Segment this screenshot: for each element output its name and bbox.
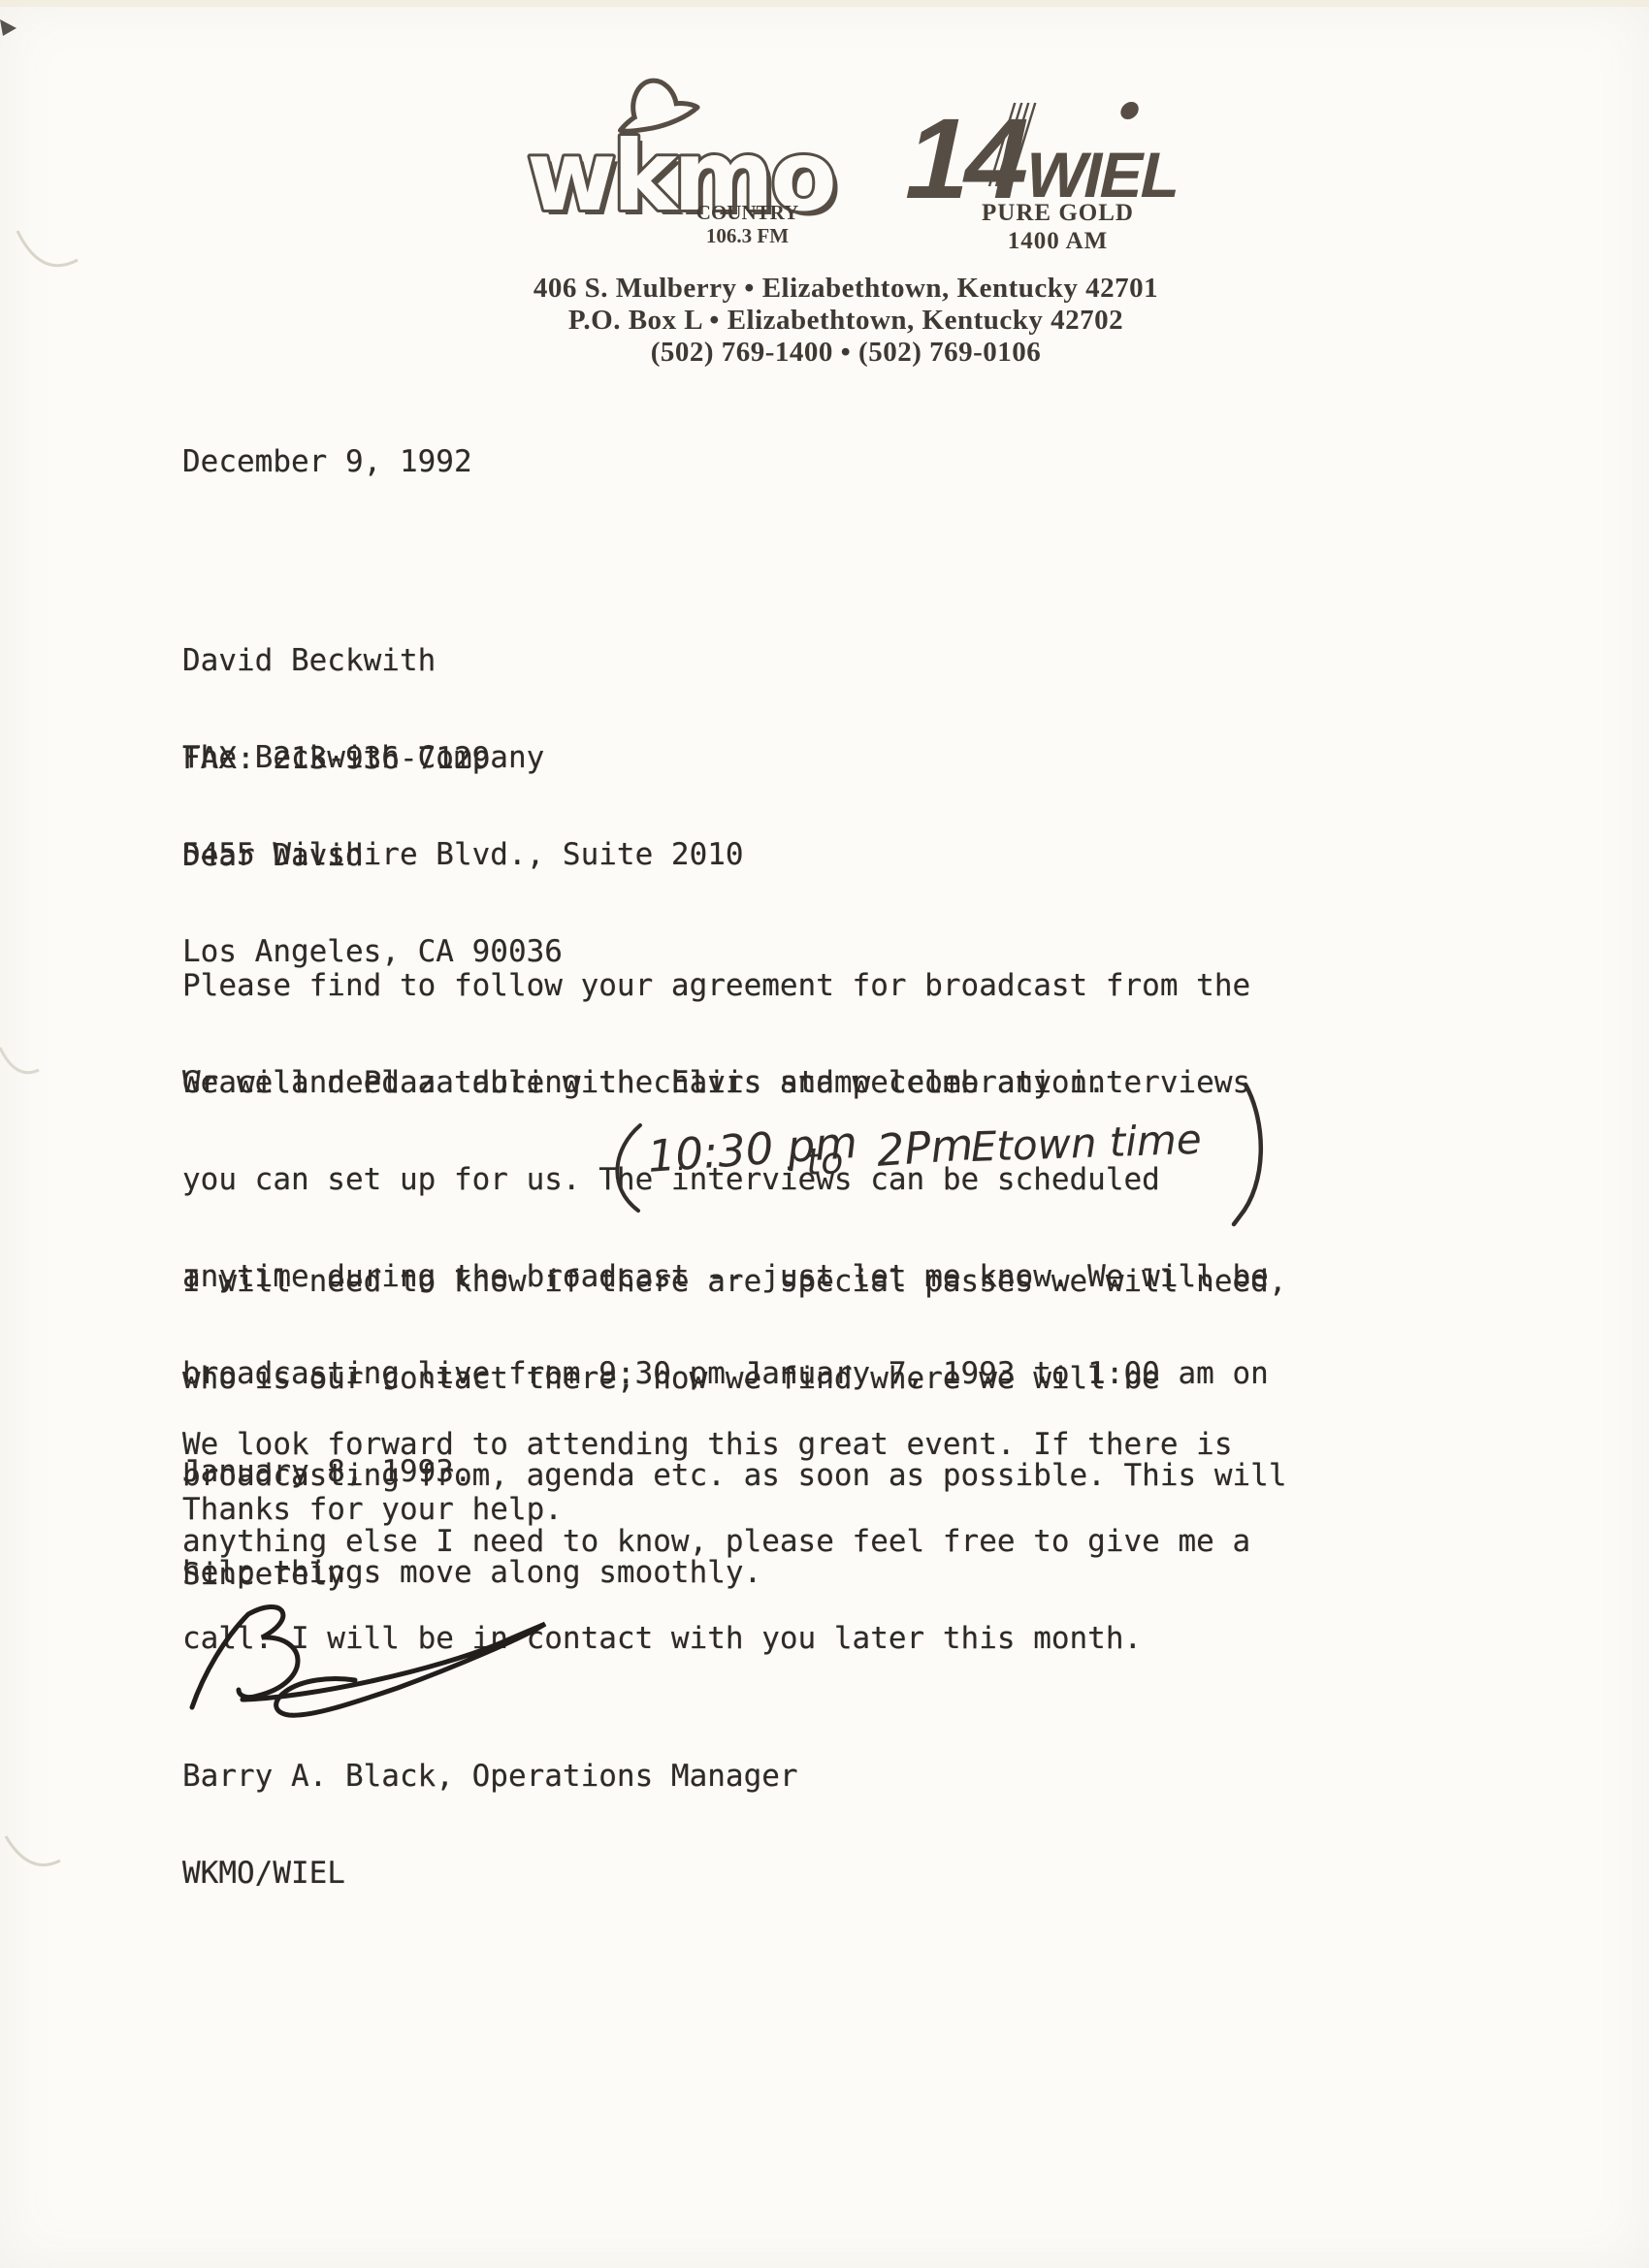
signed-by-stations: WKMO/WIEL: [182, 1858, 798, 1890]
paragraph-line: We look forward to attending this great …: [182, 1429, 1250, 1461]
closing-thanks: Thanks for your help.: [182, 1494, 563, 1526]
paragraph-line: anything else I need to know, please fee…: [182, 1526, 1250, 1558]
scanned-letter-page: wkmo wkmo COUNTRY 106.3 FM 14 WIEL PURE: [0, 0, 1649, 2268]
handwritten-time-end: 2Pm: [875, 1118, 975, 1177]
paragraph-line: I will need to know if there are special…: [182, 1266, 1286, 1298]
handwritten-to: to: [805, 1139, 844, 1183]
signed-by-name-title: Barry A. Black, Operations Manager: [182, 1761, 798, 1793]
handwritten-annotation: 10:30 pm to 2Pm Etown time: [0, 0, 19, 111]
handwritten-timezone: Etown time: [970, 1116, 1202, 1171]
signature-block: Barry A. Black, Operations Manager WKMO/…: [182, 1696, 798, 1955]
